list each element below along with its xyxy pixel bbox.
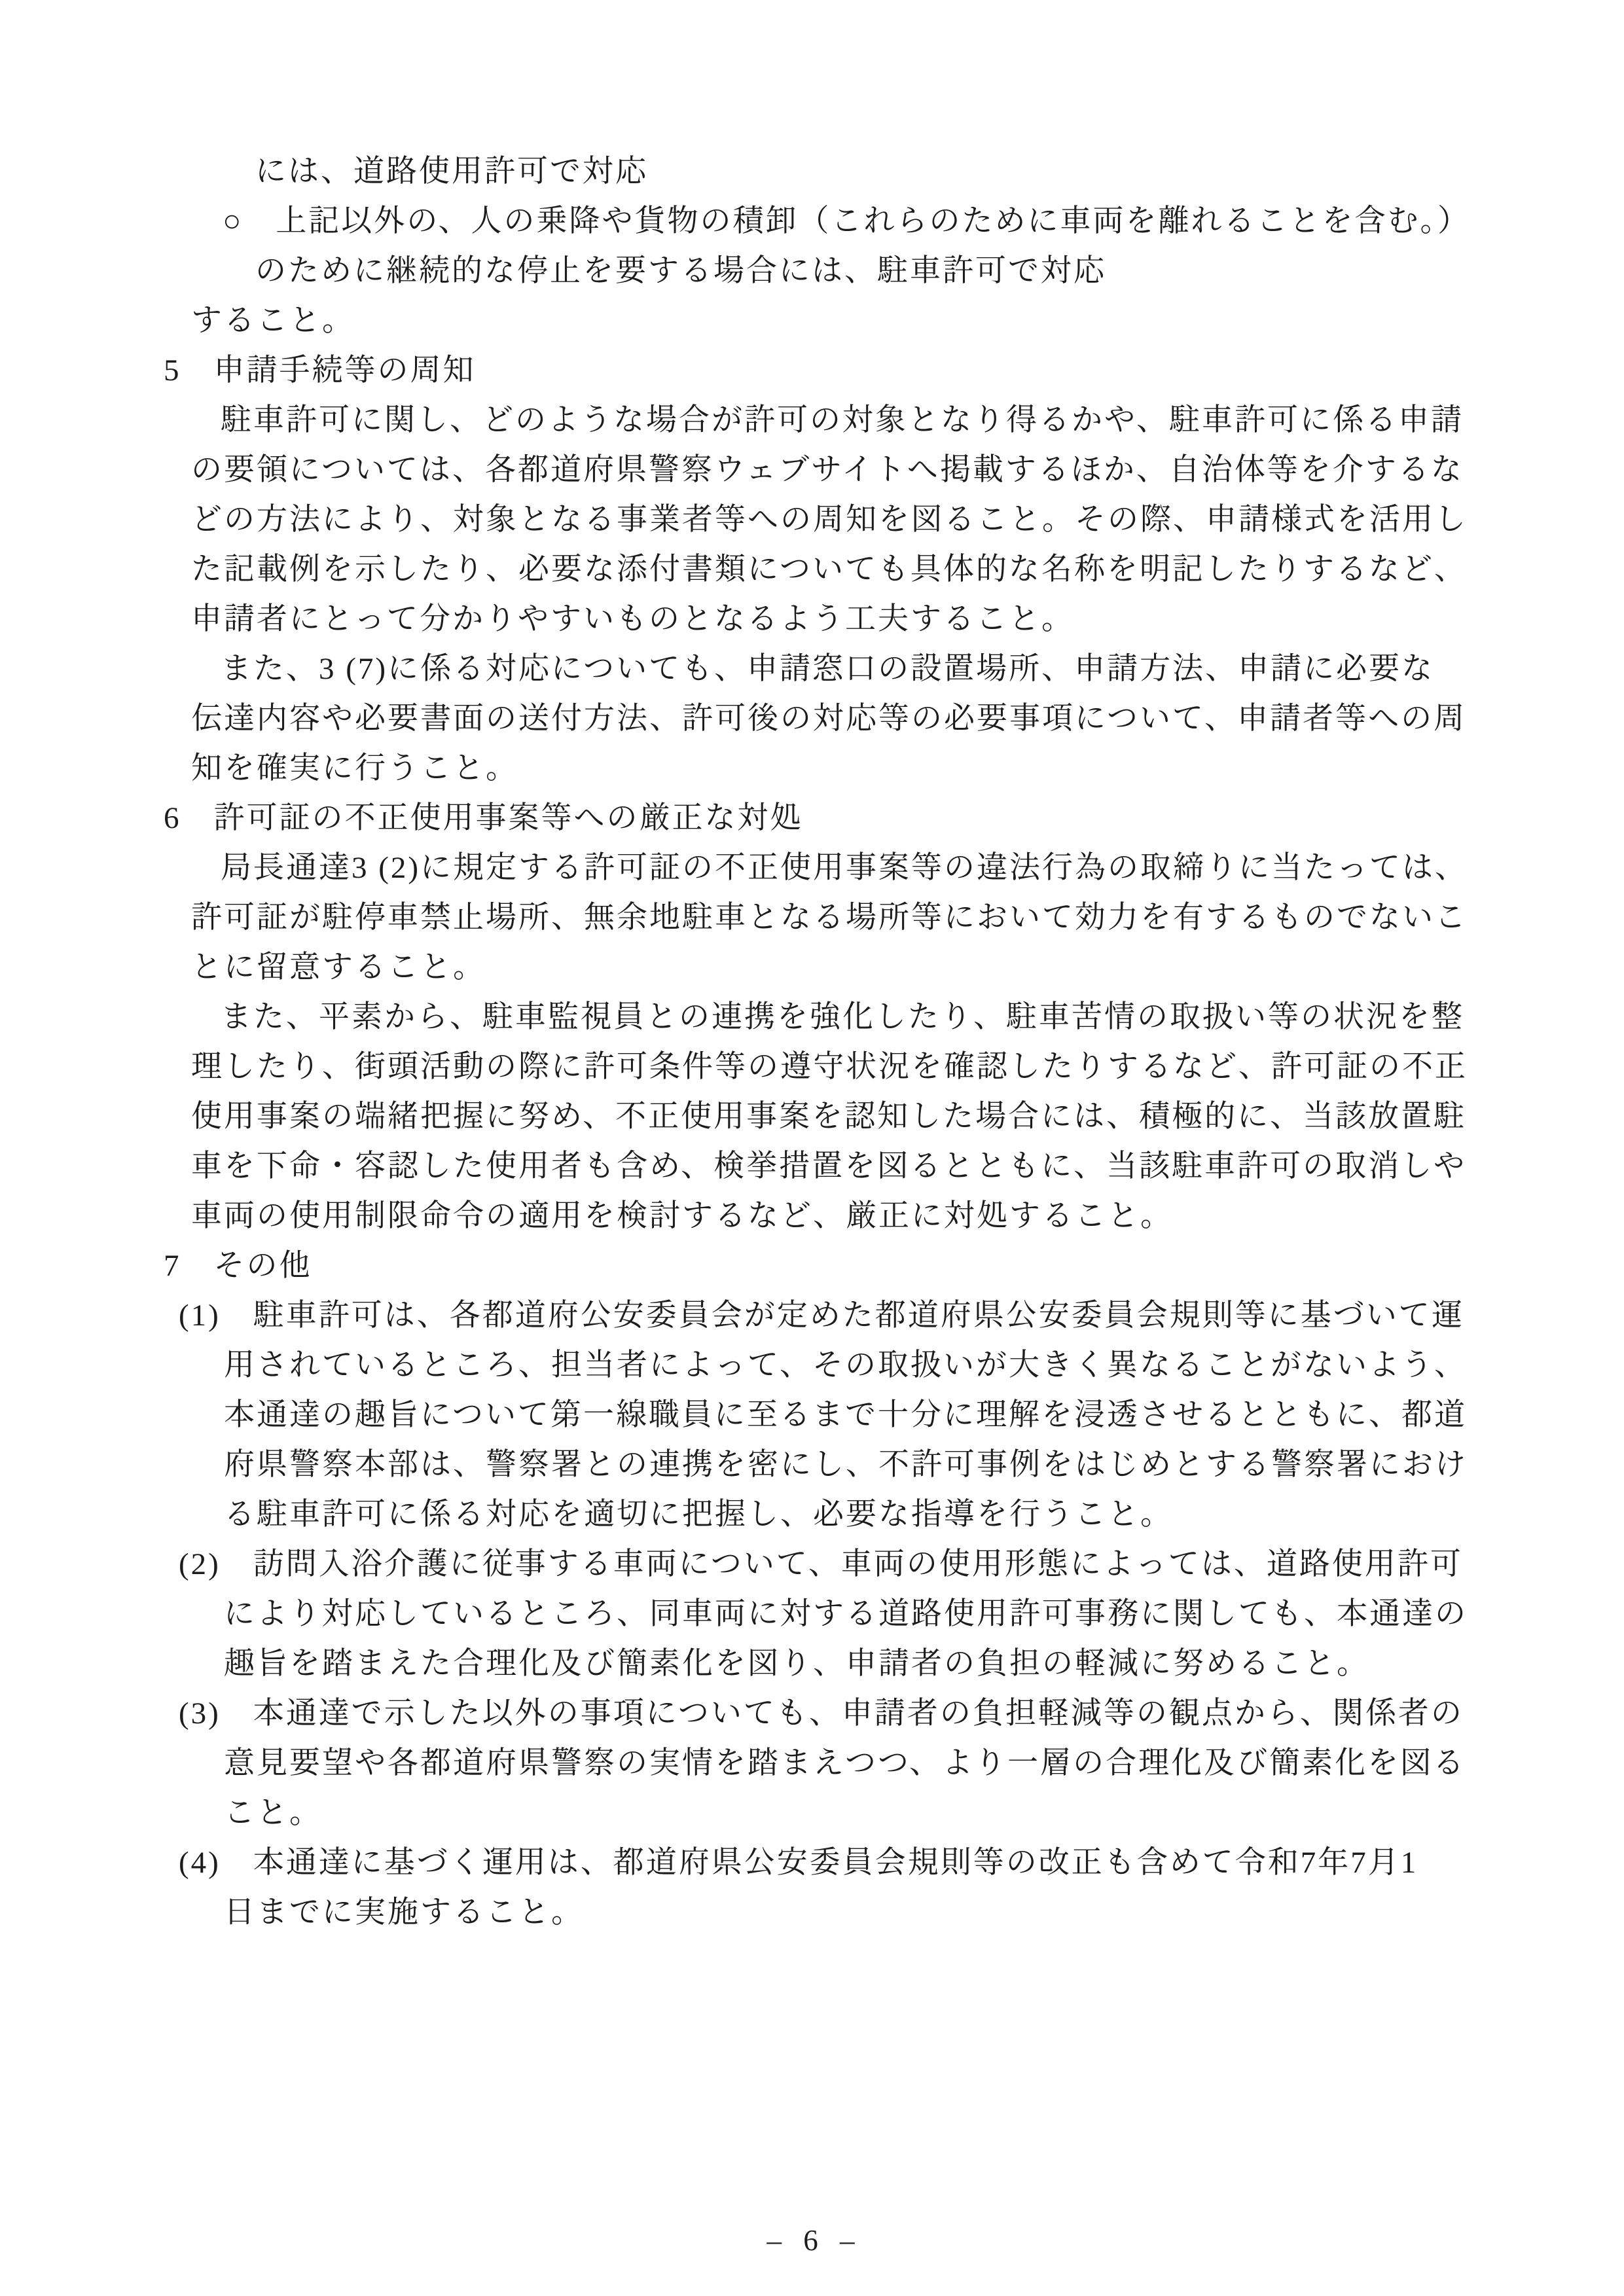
text-line: (4) 本通達に基づく運用は、都道府県公安委員会規則等の改正も含めて令和7年7月… (179, 1838, 1499, 1888)
text-line: 車両の使用制限命令の適用を検討するなど、厳正に対処すること。 (191, 1191, 1499, 1241)
text-line: の要領については、各都道府県警察ウェブサイトへ掲載するほか、自治体等を介するな (191, 445, 1499, 495)
text-line: た記載例を示したり、必要な添付書類についても具体的な名称を明記したりするなど、 (191, 545, 1499, 594)
text-line: る駐車許可に係る対応を適切に把握し、必要な指導を行うこと。 (224, 1490, 1499, 1539)
text-line: 申請者にとって分かりやすいものとなるよう工夫すること。 (191, 594, 1499, 644)
text-line: 許可証が駐停車禁止場所、無余地駐車となる場所等において効力を有するものでないこ (191, 893, 1499, 942)
text-line: (2) 訪問入浴介護に従事する車両について、車両の使用形態によっては、道路使用許… (179, 1539, 1499, 1589)
text-line: 意見要望や各都道府県警察の実情を踏まえつつ、より一層の合理化及び簡素化を図る (224, 1738, 1499, 1788)
text-line: 日までに実施すること。 (224, 1888, 1499, 1937)
text-line: 7 その他 (164, 1241, 1499, 1291)
text-line: また、3 (7)に係る対応についても、申請窓口の設置場所、申請方法、申請に必要な (221, 644, 1499, 694)
text-line: 5 申請手続等の周知 (164, 346, 1499, 395)
text-line: により対応しているところ、同車両に対する道路使用許可事務に関しても、本通達の (224, 1589, 1499, 1639)
text-line: 知を確実に行うこと。 (191, 744, 1499, 793)
text-line: ○ 上記以外の、人の乗降や貨物の積卸（これらのために車両を離れることを含む。） (223, 196, 1499, 246)
text-line: こと。 (224, 1788, 1499, 1838)
text-line: のために継続的な停止を要する場合には、駐車許可で対応 (255, 246, 1499, 296)
text-line: (1) 駐車許可は、各都道府公安委員会が定めた都道府県公安委員会規則等に基づいて… (179, 1291, 1499, 1340)
text-line: 本通達の趣旨について第一線職員に至るまで十分に理解を浸透させるとともに、都道 (224, 1390, 1499, 1440)
text-line: とに留意すること。 (191, 942, 1499, 992)
text-line: 使用事案の端緒把握に努め、不正使用事案を認知した場合には、積極的に、当該放置駐 (191, 1092, 1499, 1141)
text-line: 伝達内容や必要書面の送付方法、許可後の対応等の必要事項について、申請者等への周 (191, 694, 1499, 744)
text-line: 趣旨を踏まえた合理化及び簡素化を図り、申請者の負担の軽減に努めること。 (224, 1639, 1499, 1689)
page-number: – 6 – (0, 2215, 1624, 2265)
text-line: 理したり、街頭活動の際に許可条件等の遵守状況を確認したりするなど、許可証の不正 (191, 1042, 1499, 1092)
text-line: 駐車許可に関し、どのような場合が許可の対象となり得るかや、駐車許可に係る申請 (221, 395, 1499, 445)
text-line: 用されているところ、担当者によって、その取扱いが大きく異なることがないよう、 (224, 1340, 1499, 1390)
text-line: 6 許可証の不正使用事案等への厳正な対処 (164, 793, 1499, 843)
text-line: また、平素から、駐車監視員との連携を強化したり、駐車苦情の取扱い等の状況を整 (221, 992, 1499, 1042)
text-line: 府県警察本部は、警察署との連携を密にし、不許可事例をはじめとする警察署におけ (224, 1440, 1499, 1490)
text-line: どの方法により、対象となる事業者等への周知を図ること。その際、申請様式を活用し (191, 495, 1499, 545)
text-line: 車を下命・容認した使用者も含め、検挙措置を図るとともに、当該駐車許可の取消しや (191, 1141, 1499, 1191)
text-line: 局長通達3 (2)に規定する許可証の不正使用事案等の違法行為の取締りに当たっては… (221, 843, 1499, 893)
text-line: (3) 本通達で示した以外の事項についても、申請者の負担軽減等の観点から、関係者… (179, 1689, 1499, 1738)
document-page: には、道路使用許可で対応○ 上記以外の、人の乗降や貨物の積卸（これらのために車両… (0, 0, 1624, 2296)
text-line: すること。 (191, 296, 1499, 346)
text-line: には、道路使用許可で対応 (255, 147, 1499, 196)
document-body: には、道路使用許可で対応○ 上記以外の、人の乗降や貨物の積卸（これらのために車両… (164, 147, 1499, 1937)
